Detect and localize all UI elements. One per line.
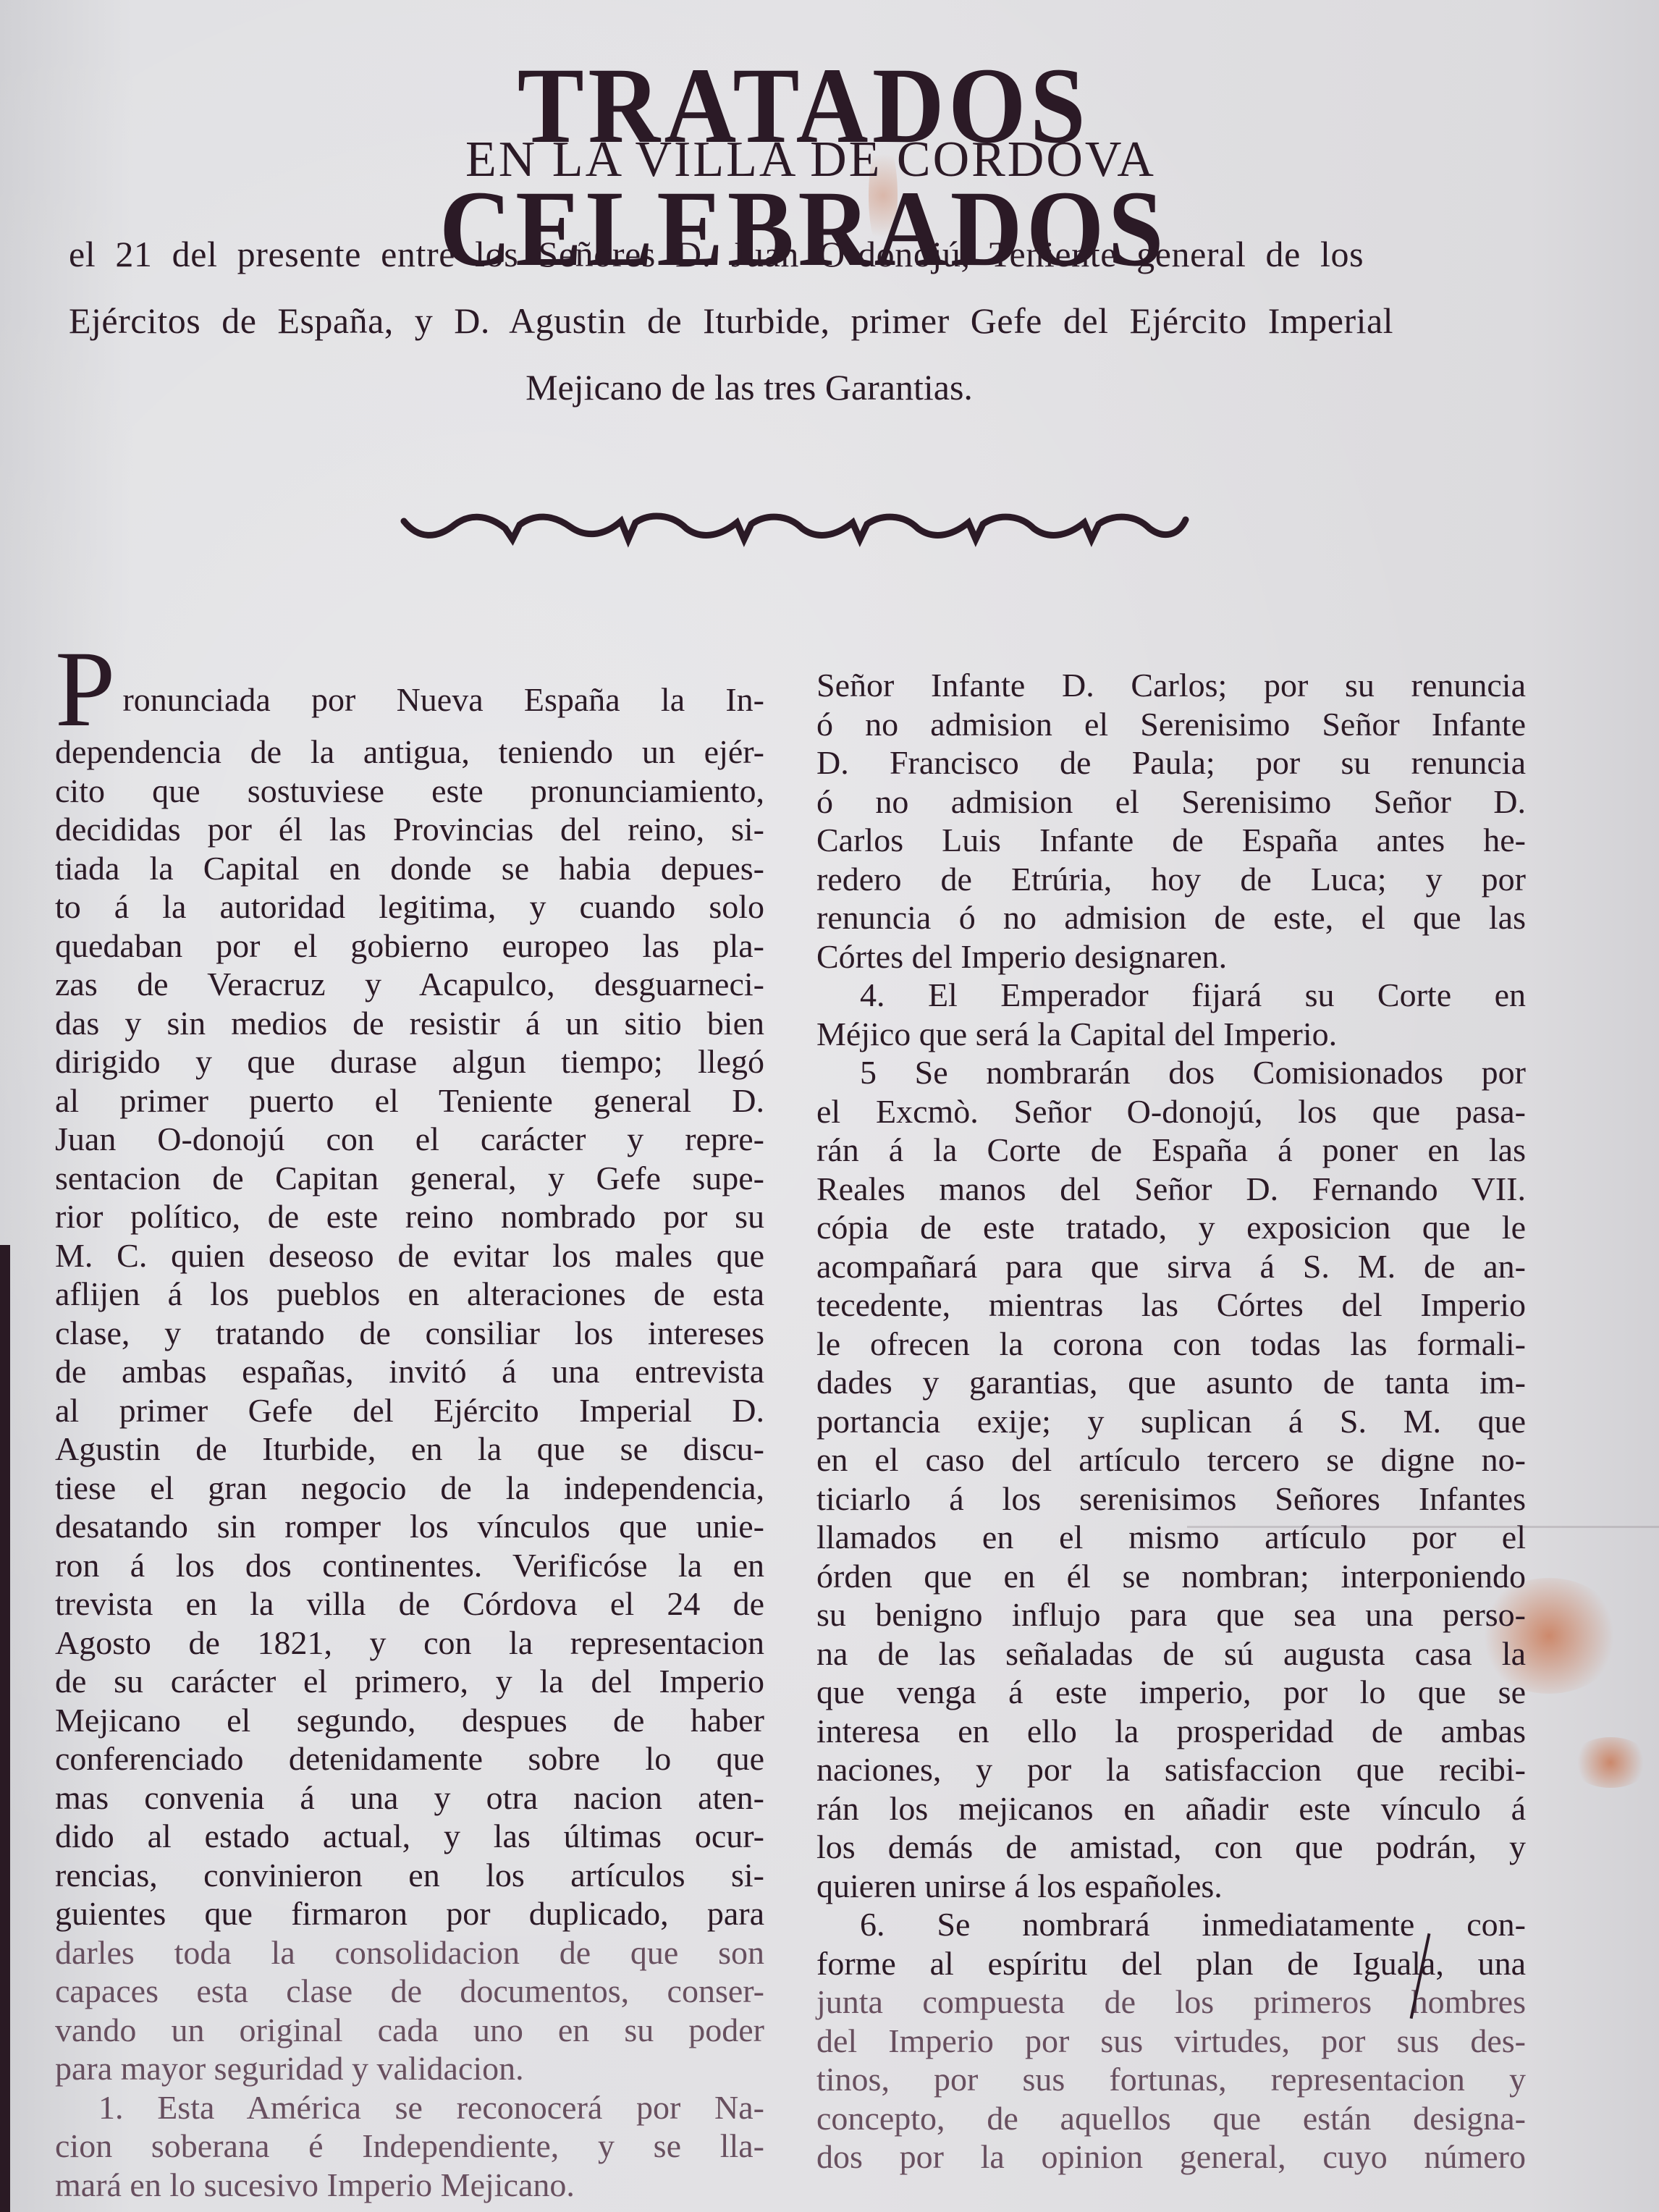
- text-line: to á la autoridad legitima, y cuando sol…: [55, 887, 764, 926]
- rust-stain: [1571, 1737, 1650, 1788]
- text-line: acompañará para que sirva á S. M. de an-: [816, 1247, 1526, 1286]
- page-left-shadow: [0, 1245, 10, 2212]
- text-line: dependencia de la antigua, teniendo un e…: [55, 733, 764, 772]
- text-line: cito que sostuviese este pronunciamiento…: [55, 772, 764, 811]
- text-line: Reales manos del Señor D. Fernando VII.: [816, 1170, 1526, 1209]
- article-5-line: 5 Se nombrarán dos Comisionados por: [816, 1053, 1526, 1092]
- text-line: Agustin de Iturbide, en la que se discu-: [55, 1430, 764, 1469]
- text-line: rán á la Corte de España á poner en las: [816, 1131, 1526, 1170]
- text-line: su benigno influjo para que sea una pers…: [816, 1595, 1526, 1634]
- text-line: renuncia ó no admision de este, el que l…: [816, 898, 1526, 937]
- text-line: rior político, de este reino nombrado po…: [55, 1197, 764, 1236]
- text-line: tecedente, mientras las Córtes del Imper…: [816, 1286, 1526, 1325]
- text-line: le ofrecen la corona con todas las forma…: [816, 1325, 1526, 1364]
- text-line: llamados en el mismo artículo por el: [816, 1518, 1526, 1557]
- text-line: guientes que firmaron por duplicado, par…: [55, 1894, 764, 1933]
- text-line: zas de Veracruz y Acapulco, desguarneci-: [55, 965, 764, 1004]
- text-line: ronunciada por Nueva España la In-: [55, 680, 764, 719]
- text-line: aflijen á los pueblos en alteraciones de…: [55, 1275, 764, 1314]
- text-line: Mejicano el segundo, despues de haber: [55, 1701, 764, 1740]
- text-line: capaces esta clase de documentos, conser…: [55, 1972, 764, 2011]
- text-line: dido al estado actual, y las últimas ocu…: [55, 1817, 764, 1856]
- text-line: dos por la opinion general, cuyo número: [816, 2137, 1526, 2177]
- text-line: tiese el gran negocio de la independenci…: [55, 1469, 764, 1508]
- text-line: dirigido y que durase algun tiempo; lleg…: [55, 1042, 764, 1081]
- right-column: Señor Infante D. Carlos; por su renuncia…: [816, 666, 1526, 2177]
- intro-line: el 21 del presente entre los Señores D. …: [69, 221, 1516, 287]
- text-line: redero de Etrúria, hoy de Luca; y por: [816, 860, 1526, 899]
- text-line: Carlos Luis Infante de España antes he-: [816, 821, 1526, 860]
- text-line: conferenciado detenidamente sobre lo que: [55, 1739, 764, 1778]
- text-line: ticiarlo á los serenisimos Señores Infan…: [816, 1479, 1526, 1519]
- text-line: naciones, y por la satisfaccion que reci…: [816, 1750, 1526, 1789]
- text-line: mará en lo sucesivo Imperio Mejicano.: [55, 2166, 764, 2205]
- text-line: Juan O-donojú con el carácter y repre-: [55, 1120, 764, 1159]
- text-line: na de las señaladas de sú augusta casa l…: [816, 1634, 1526, 1673]
- article-6-line: 6. Se nombrará inmediatamente con-: [816, 1905, 1526, 1944]
- text-line: tinos, por sus fortunas, representacion …: [816, 2060, 1526, 2099]
- intro-line: Ejércitos de España, y D. Agustin de Itu…: [69, 287, 1516, 354]
- text-line: cópia de este tratado, y exposicion que …: [816, 1208, 1526, 1247]
- intro-line: Mejicano de las tres Garantias.: [69, 354, 1516, 421]
- text-line: ó no admision el Serenisimo Señor Infant…: [816, 705, 1526, 744]
- text-line: cion soberana é Independiente, y se lla-: [55, 2127, 764, 2166]
- document-page: TRATADOS CELEBRADOS EN LA VILLA DE CORDO…: [0, 0, 1659, 2212]
- text-line: que venga á este imperio, por lo que se: [816, 1673, 1526, 1712]
- document-subtitle: EN LA VILLA DE CORDOVA: [362, 127, 1259, 193]
- text-line: al primer Gefe del Ejército Imperial D.: [55, 1391, 764, 1430]
- text-line: al primer puerto el Teniente general D.: [55, 1081, 764, 1120]
- text-line: junta compuesta de los primeros hombres: [816, 1983, 1526, 2022]
- text-line: rencias, convinieron en los artículos si…: [55, 1856, 764, 1895]
- text-line: desatando sin romper los vínculos que un…: [55, 1507, 764, 1546]
- text-line: Señor Infante D. Carlos; por su renuncia: [816, 666, 1526, 705]
- text-line: de ambas españas, invitó á una entrevist…: [55, 1352, 764, 1391]
- left-column: P ronunciada por Nueva España la In- dep…: [55, 651, 764, 2204]
- document-intro: el 21 del presente entre los Señores D. …: [69, 221, 1516, 421]
- text-line: rán los mejicanos en añadir este vínculo…: [816, 1789, 1526, 1828]
- text-line: tiada la Capital en donde se habia depue…: [55, 849, 764, 888]
- text-line: sentacion de Capitan general, y Gefe sup…: [55, 1159, 764, 1198]
- text-line: del Imperio por sus virtudes, por sus de…: [816, 2022, 1526, 2061]
- text-line: dades y garantias, que asunto de tanta i…: [816, 1363, 1526, 1402]
- text-line: portancia exije; y suplican á S. M. que: [816, 1402, 1526, 1441]
- text-line: quedaban por el gobierno europeo las pla…: [55, 926, 764, 966]
- text-line: decididas por él las Provincias del rein…: [55, 810, 764, 849]
- text-line: para mayor seguridad y validacion.: [55, 2049, 764, 2088]
- text-line: M. C. quien deseoso de evitar los males …: [55, 1236, 764, 1275]
- text-line: concepto, de aquellos que están designa-: [816, 2099, 1526, 2138]
- text-line: órden que en él se nombran; interponiend…: [816, 1557, 1526, 1596]
- text-line: Agosto de 1821, y con la representacion: [55, 1624, 764, 1663]
- text-line: das y sin medios de resistir á un sitio …: [55, 1004, 764, 1043]
- wave-ornament-icon: [397, 507, 1193, 550]
- text-line: los demás de amistad, con que podrán, y: [816, 1828, 1526, 1867]
- text-line: darles toda la consolidacion de que son: [55, 1933, 764, 1972]
- text-line: vando un original cada uno en su poder: [55, 2011, 764, 2050]
- text-line: ó no admision el Serenisimo Señor D.: [816, 782, 1526, 822]
- text-line: clase, y tratando de consiliar los inter…: [55, 1314, 764, 1353]
- text-line: quieren unirse á los españoles.: [816, 1867, 1526, 1906]
- text-line: mas convenia á una y otra nacion aten-: [55, 1778, 764, 1818]
- article-1-line: 1. Esta América se reconocerá por Na-: [55, 2088, 764, 2127]
- text-line: Córtes del Imperio designaren.: [816, 937, 1526, 976]
- text-line: Méjico que será la Capital del Imperio.: [816, 1015, 1526, 1054]
- article-4-line: 4. El Emperador fijará su Corte en: [816, 976, 1526, 1015]
- text-line: ron á los dos continentes. Verificóse la…: [55, 1546, 764, 1585]
- text-line: de su carácter el primero, y la del Impe…: [55, 1662, 764, 1701]
- text-line: en el caso del artículo tercero se digne…: [816, 1440, 1526, 1479]
- text-line: el Excmò. Señor O-donojú, los que pasa-: [816, 1092, 1526, 1131]
- text-line: D. Francisco de Paula; por su renuncia: [816, 743, 1526, 782]
- text-line: interesa en ello la prosperidad de ambas: [816, 1712, 1526, 1751]
- drop-cap: P: [55, 646, 115, 733]
- text-line: trevista en la villa de Córdova el 24 de: [55, 1584, 764, 1624]
